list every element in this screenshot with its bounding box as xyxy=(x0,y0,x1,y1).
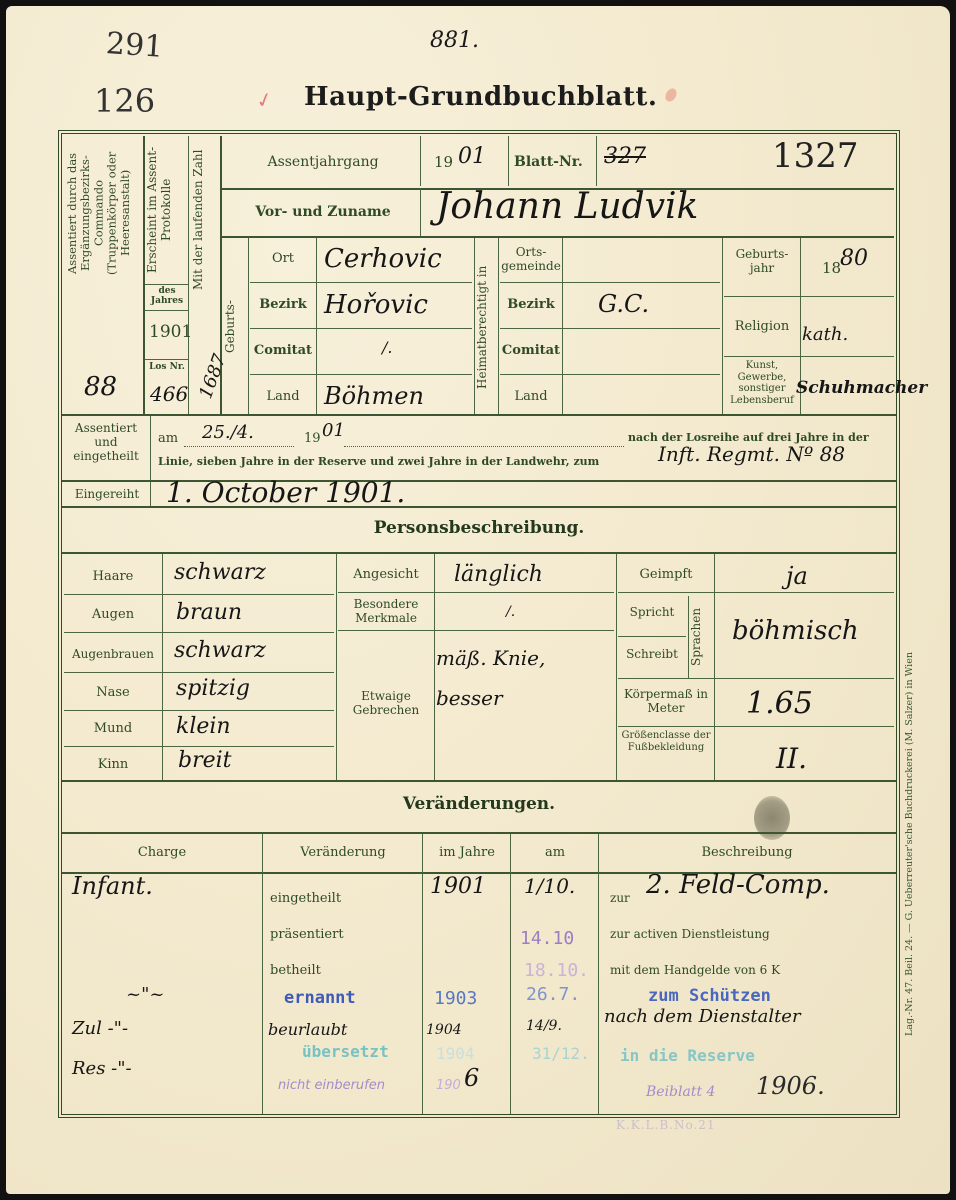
geburts-ort-label: Ort xyxy=(250,252,316,267)
divider xyxy=(420,188,421,236)
geburts-comitat-label: Comitat xyxy=(250,344,316,359)
blatt-number-stamp: 1327 xyxy=(772,136,859,176)
assentiert-durch-value: 88 xyxy=(84,372,117,402)
row-5-date: 14/9. xyxy=(526,1018,562,1034)
divider xyxy=(150,482,151,506)
sprachen-value: böhmisch xyxy=(732,616,859,646)
row-6-date-stamp: 31/12. xyxy=(532,1044,590,1063)
row-6-year-stamp: 1904 xyxy=(436,1044,475,1063)
beruf-value: Schuhmacher xyxy=(796,378,927,398)
divider xyxy=(64,632,334,633)
divider xyxy=(250,282,472,283)
divider xyxy=(64,710,334,711)
row-1-desc-prefix: zur xyxy=(610,892,630,906)
row-4-change-stamp: ernannt xyxy=(284,988,356,1008)
column-header-im-jahre: im Jahre xyxy=(424,846,510,861)
personsbeschreibung-title: Personsbeschreibung. xyxy=(62,518,896,538)
divider xyxy=(62,832,896,834)
eingereiht-label: Eingereiht xyxy=(66,488,148,502)
row-3-date-stamp: 18.10. xyxy=(524,960,589,981)
row-3-change: betheilt xyxy=(270,964,321,979)
blatt-nr-label: Blatt-Nr. xyxy=(514,154,583,170)
faint-stamp: K.K.L.B.No.21 xyxy=(616,1118,716,1132)
row-7-change-stamp: nicht einberufen xyxy=(278,1078,385,1093)
divider xyxy=(618,726,894,727)
divider xyxy=(338,592,614,593)
assentiert-eingetheilt-label: Assentiert und eingetheilt xyxy=(64,422,148,463)
divider xyxy=(338,630,614,631)
name-label: Vor- und Zuname xyxy=(228,204,418,220)
assignment-date-value: 25./4. xyxy=(202,422,254,443)
merkmale-value: /. xyxy=(506,604,515,620)
regiment-value: Inft. Regmt. Nº 88 xyxy=(658,442,845,466)
divider xyxy=(616,554,617,780)
assent-protokolle-label: Erscheint im Assent-Protokolle xyxy=(146,140,186,280)
row-7-charge: Res -"- xyxy=(72,1058,132,1079)
divider xyxy=(222,236,894,238)
row-5-desc: nach dem Dienstalter xyxy=(604,1006,801,1027)
divider xyxy=(598,834,599,1114)
row-1-desc: 2. Feld-Comp. xyxy=(646,870,830,900)
divider xyxy=(336,554,337,780)
geburts-land-label: Land xyxy=(250,390,316,405)
divider xyxy=(250,374,472,375)
augen-value: braun xyxy=(176,600,242,625)
row-2-date-stamp: 14.10 xyxy=(520,928,574,949)
geburts-comitat-value: /. xyxy=(382,338,392,357)
row-6-desc-stamp: in die Reserve xyxy=(620,1046,755,1065)
nase-value: spitzig xyxy=(176,676,250,701)
row-5-change: beurlaubt xyxy=(268,1020,347,1039)
heimat-land-label: Land xyxy=(500,390,562,405)
divider xyxy=(508,136,509,186)
heimat-bezirk-label: Bezirk xyxy=(500,298,562,313)
blatt-nr-struck: 327 xyxy=(604,144,646,169)
name-value: Johann Ludvik xyxy=(436,186,698,227)
divider xyxy=(150,416,151,480)
divider xyxy=(145,359,188,360)
am-label: am xyxy=(158,432,178,447)
divider xyxy=(618,636,686,637)
geimpft-label: Geimpft xyxy=(618,568,714,583)
schreibt-label: Schreibt xyxy=(618,648,686,662)
printer-note: Lag.-Nr. 47. Beil. 24. — G. Ueberreuter'… xyxy=(904,596,915,1036)
heimat-group-label: Heimatberechtigt in xyxy=(476,242,496,412)
row-1-date: 1/10. xyxy=(524,874,575,898)
assentjahrgang-prefix: 19 xyxy=(434,154,453,171)
divider xyxy=(62,552,896,554)
divider xyxy=(145,310,188,311)
koerpermass-label: Körpermaß in Meter xyxy=(618,688,714,716)
geburts-ort-value: Cerhovic xyxy=(324,244,442,274)
column-header-charge: Charge xyxy=(64,846,260,861)
gebrechen-value-2: besser xyxy=(436,686,503,710)
divider xyxy=(420,136,421,186)
groessenclasse-value: II. xyxy=(776,742,807,775)
religion-label: Religion xyxy=(724,320,800,335)
spricht-label: Spricht xyxy=(618,606,686,620)
divider xyxy=(248,238,249,414)
row-1-year: 1901 xyxy=(430,874,486,899)
geburts-group-label: Geburts- xyxy=(224,242,246,412)
row-4-year-stamp: 1903 xyxy=(434,988,477,1009)
row-1-change: eingetheilt xyxy=(270,892,341,907)
row-5-charge: Zul -"- xyxy=(72,1018,128,1039)
date-line xyxy=(344,446,624,447)
divider xyxy=(722,238,723,414)
divider xyxy=(422,834,423,1114)
angesicht-label: Angesicht xyxy=(338,568,434,583)
assignment-year-value: 01 xyxy=(322,420,345,441)
des-jahres-label: des Jahres xyxy=(146,286,188,307)
document-page: 291 126 881. ✓ Haupt-Grundbuchblatt. Ass… xyxy=(6,6,950,1194)
divider xyxy=(188,136,189,416)
geburts-bezirk-label: Bezirk xyxy=(250,298,316,313)
row-4-date-stamp: 26.7. xyxy=(526,984,580,1005)
divider xyxy=(500,328,720,329)
divider xyxy=(64,594,334,595)
divider xyxy=(62,506,896,508)
divider xyxy=(145,284,188,285)
row-1-charge: Infant. xyxy=(72,872,153,900)
mund-value: klein xyxy=(176,714,231,739)
divider xyxy=(500,282,720,283)
geburts-land-value: Böhmen xyxy=(324,382,424,410)
groessenclasse-label: Größenclasse der Fußbekleidung xyxy=(618,730,714,753)
los-nr-label: Los Nr. xyxy=(146,362,188,372)
ortsgemeinde-label: Orts-gemeinde xyxy=(500,246,562,274)
koerpermass-value: 1.65 xyxy=(746,686,813,721)
nase-label: Nase xyxy=(64,686,162,701)
beruf-label: Kunst, Gewerbe, sonstiger Lebensberuf xyxy=(724,360,800,406)
divider xyxy=(618,592,894,593)
religion-value: kath. xyxy=(802,324,848,345)
assentjahrgang-value: 01 xyxy=(458,144,486,169)
divider xyxy=(62,780,896,782)
column-header-veraenderung: Veränderung xyxy=(264,846,422,861)
divider xyxy=(596,136,597,186)
assentjahrgang-label: Assentjahrgang xyxy=(228,154,418,170)
row-5-year: 1904 xyxy=(426,1022,462,1038)
geimpft-value: ja xyxy=(786,562,808,590)
divider xyxy=(64,746,334,747)
red-mark-icon xyxy=(663,86,679,103)
haare-label: Haare xyxy=(64,570,162,585)
divider xyxy=(562,238,563,414)
geburtsjahr-label: Geburts-jahr xyxy=(724,248,800,276)
row-2-change: präsentiert xyxy=(270,928,344,943)
divider xyxy=(316,238,317,414)
gebrechen-label: Etwaige Gebrechen xyxy=(338,690,434,718)
row-7-desc-handwritten: 1906. xyxy=(756,1072,825,1100)
row-6-change-stamp: übersetzt xyxy=(302,1042,389,1061)
row-4-charge: ~"~ xyxy=(126,984,164,1005)
divider xyxy=(434,554,435,780)
kinn-label: Kinn xyxy=(64,758,162,773)
stamp-number-bottom: 126 xyxy=(94,82,155,120)
divider xyxy=(262,834,263,1114)
sprachen-label: Sprachen xyxy=(690,598,712,676)
divider xyxy=(500,374,720,375)
row-4-desc-stamp: zum Schützen xyxy=(648,986,771,1006)
divider xyxy=(64,672,334,673)
mund-label: Mund xyxy=(64,722,162,737)
augen-label: Augen xyxy=(64,608,162,623)
assentiert-durch-label: Assentiert durch das Ergänzungsbezirks-C… xyxy=(66,140,142,286)
row-3-desc: mit dem Handgelde von 6 K xyxy=(610,964,780,978)
handwritten-reference: 881. xyxy=(430,28,479,53)
date-line xyxy=(184,446,294,447)
heimat-bezirk-value: G.C. xyxy=(598,290,649,318)
los-nr-value: 466 xyxy=(150,382,188,406)
stamp-number-top: 291 xyxy=(105,26,165,65)
page-title: Haupt-Grundbuchblatt. xyxy=(304,82,657,112)
geburtsjahr-value: 80 xyxy=(840,246,868,271)
laufende-zahl-label: Mit der laufenden Zahl xyxy=(192,140,218,300)
red-check-icon: ✓ xyxy=(253,86,275,114)
divider xyxy=(510,834,511,1114)
divider xyxy=(62,414,896,416)
divider xyxy=(724,356,894,357)
augenbrauen-value: schwarz xyxy=(174,638,266,663)
geburts-bezirk-value: Hořovic xyxy=(324,290,428,320)
angesicht-value: länglich xyxy=(454,562,543,587)
augenbrauen-label: Augenbrauen xyxy=(64,648,162,662)
divider xyxy=(714,554,715,780)
geburtsjahr-prefix: 18 xyxy=(822,260,841,277)
column-header-am: am xyxy=(512,846,598,861)
row-2-desc: zur activen Dienstleistung xyxy=(610,928,770,942)
des-jahres-value: 1901 xyxy=(149,322,192,342)
haare-value: schwarz xyxy=(174,560,266,585)
kinn-value: breit xyxy=(178,748,232,773)
assignment-text-line2: Linie, sieben Jahre in der Reserve und z… xyxy=(158,456,599,469)
column-header-beschreibung: Beschreibung xyxy=(600,846,894,861)
row-7-desc-stamp: Beiblatt 4 xyxy=(646,1084,715,1100)
heimat-comitat-label: Comitat xyxy=(500,344,562,359)
row-7-year-prefix: 190 xyxy=(436,1078,461,1093)
divider xyxy=(724,296,894,297)
assignment-year-prefix: 19 xyxy=(304,432,321,447)
merkmale-label: Besondere Merkmale xyxy=(338,598,434,626)
gebrechen-value-1: mäß. Knie, xyxy=(436,646,545,670)
divider xyxy=(250,328,472,329)
eingereiht-value: 1. October 1901. xyxy=(166,476,405,509)
divider xyxy=(618,678,894,679)
row-7-year: 6 xyxy=(464,1064,479,1092)
divider xyxy=(498,238,499,414)
